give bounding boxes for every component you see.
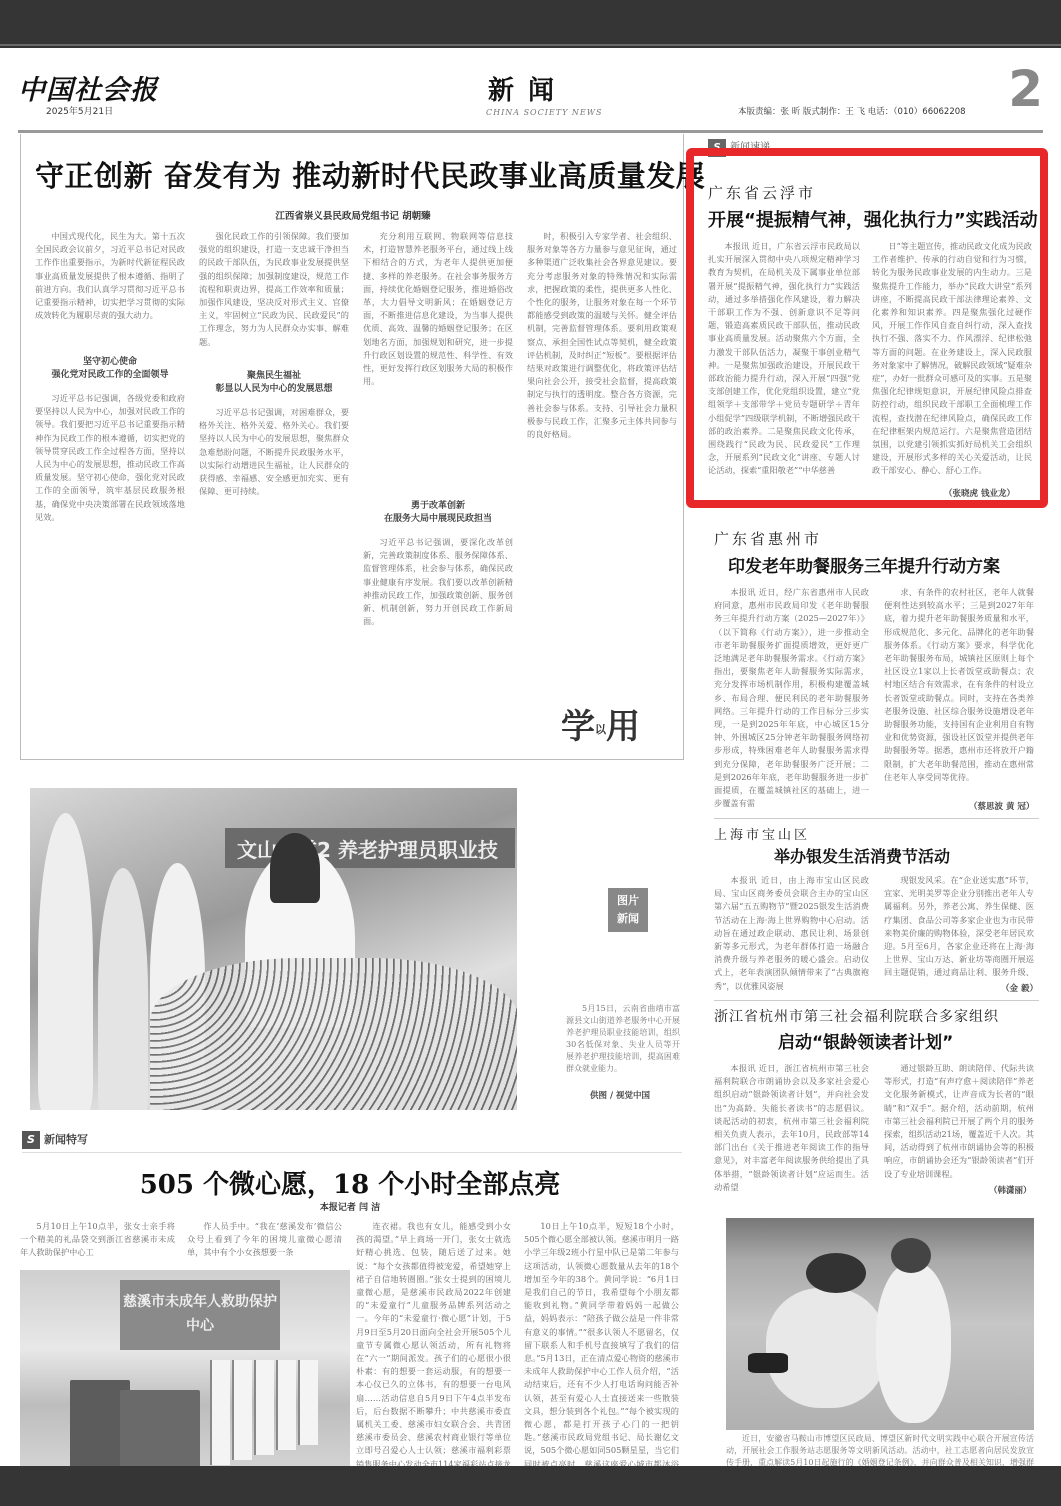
story2-text-col2: 求、有条件的农村社区，老年人就餐便利性达到较高水平；三是到2027年年底，着力提…: [884, 586, 1034, 796]
feature-tag: S新闻特写: [22, 1131, 88, 1149]
section-title: 新闻: [488, 70, 568, 107]
story2-credit: （蔡思波 黄 冠）: [969, 800, 1034, 812]
lead-body-text: 习近平总书记强调，各级党委和政府要坚持以人民为中心，加强对民政工作的领导。我们要…: [35, 392, 185, 752]
lead-byline: 江西省崇义县民政局党组书记 胡朝臻: [21, 208, 685, 222]
divider: [714, 1000, 1039, 1001]
section-subtitle-en: CHINA SOCIETY NEWS: [486, 108, 602, 117]
lead-body-text: 习近平总书记强调，要深化改革创新，完善政策制度体系、服务保障体系、监督管理体系，…: [363, 536, 513, 756]
story1-text-col1: 本报讯 近日，广东省云浮市民政局以扎实开展深入贯彻中央八项规定精神学习教育为契机…: [708, 240, 860, 500]
masthead-rule: [18, 130, 1043, 133]
lead-subhead-3b: 在服务大局中展现民政担当: [363, 513, 513, 526]
masthead: 中国社会报 2025年5月21日 新闻 CHINA SOCIETY NEWS 本…: [18, 68, 1043, 128]
feature-text-col3: 连衣裙。我也有女儿，能感受到小女孩的渴望。”早上商场一开门，张女士就选好精心挑选…: [356, 1220, 511, 1466]
right-photo-caption: 近日，安徽省马鞍山市博望区民政局、博望区新时代文明实践中心联合开展宣传活动，开展…: [726, 1433, 1034, 1466]
lead-column-2: 强化民政工作的引领保障。我们要加强党的组织建设，打造一支忠诚干净担当的民政干部队…: [199, 230, 349, 756]
story4-text-col1: 本报讯 近日，浙江省杭州市第三社会福利院联合市朗诵协会以及多家社会爱心组织启动“…: [714, 1062, 869, 1192]
newspaper-logo: 中国社会报: [18, 68, 158, 107]
story2-kicker: 广东省惠州市: [714, 528, 822, 549]
study-and-apply-logo: 学以用: [561, 699, 640, 748]
lead-headline: 守正创新 奋发有为 推动新时代民政事业高质量发展: [35, 154, 705, 195]
photo-news-image[interactable]: 文山街道2 养老护理员职业技: [30, 788, 517, 1110]
viewer-top-bar: [0, 0, 1061, 46]
lead-column-3: 充分利用互联网、物联网等信息技术，打造智慧养老服务平台，通过线上线下相结合的方式…: [363, 230, 513, 756]
lead-subhead-1a: 坚守初心使命: [35, 356, 185, 369]
feature-text-col1: 5月10日上午10点半，张女士亲手将一个精美的礼品袋交到浙江省慈溪市未成年人救助…: [20, 1220, 175, 1260]
story3-kicker: 上海市宝山区: [714, 824, 810, 843]
story2-text-col1: 本报讯 近日，经广东省惠州市人民政府同意，惠州市民政局印发《老年助餐服务三年提升…: [714, 586, 869, 811]
photo-news-caption: 5月15日，云南省曲靖市富源县文山街道养老服务中心开展养老护理员职业技能培训，组…: [566, 1003, 680, 1075]
editor-credits: 本版责编：张 昕 版式制作：王 飞 电话：（010）66062208: [738, 105, 966, 117]
feature-text-col2: 作人员手中。“我在‘慈溪发布’微信公众号上看到了今年的困境儿童微心愿清单，其中有…: [187, 1220, 342, 1260]
feature-headline: 505 个微心愿，18 个小时全部点亮: [0, 1164, 700, 1201]
lead-intro-text: 中国式现代化，民生为大。第十五次全国民政会议前夕，习近平总书记对民政工作作出重要…: [35, 230, 185, 338]
issue-date: 2025年5月21日: [46, 104, 113, 117]
lead-subhead-2a: 聚焦民生福祉: [199, 370, 349, 383]
feature-byline: 本报记者 闫 洁: [0, 1200, 700, 1213]
picture-news-badge: 图片 新闻: [608, 888, 648, 932]
newspaper-page: 中国社会报 2025年5月21日 新闻 CHINA SOCIETY NEWS 本…: [0, 48, 1061, 1466]
story4-text-col2: 通过银龄互助、朗读陪伴、代际共读等形式，打造“有声疗愈＋阅读陪伴”养老文化服务新…: [884, 1062, 1034, 1180]
divider: [714, 818, 1039, 819]
lead-subhead-3a: 勇于改革创新: [363, 500, 513, 513]
lead-column-4: 时，积极引入专家学者、社会组织、服务对象等各方力量参与意见征询，通过多种渠道广泛…: [527, 230, 677, 650]
divider: [22, 1152, 682, 1153]
section-s-icon: S: [22, 1131, 40, 1149]
story2-headline: 印发老年助餐服务三年提升行动方案: [728, 552, 1000, 577]
story1-credit: （张晓虎 钱业龙）: [944, 487, 1015, 499]
photo-blanket: [150, 958, 517, 1110]
photo-banner-text: 文山街道2 养老护理员职业技: [225, 828, 515, 868]
story1-text-col2: 日”等主题宣传，推动民政文化成为民政工作者维护、传承的行动自觉和行为习惯，转化为…: [872, 240, 1032, 487]
photo-news-credit: 供图 / 视觉中国: [590, 1089, 650, 1101]
lead-column-1: 中国式现代化，民生为大。第十五次全国民政会议前夕，习近平总书记对民政工作作出重要…: [35, 230, 185, 752]
story3-credit: （金 毅）: [1001, 982, 1038, 994]
photo-wall-sign: 慈溪市未成年人救助保护中心: [120, 1280, 280, 1350]
lead-subhead-1b: 强化党对民政工作的全面领导: [35, 369, 185, 382]
lead-body-text: 强化民政工作的引领保障。我们要加强党的组织建设，打造一支忠诚干净担当的民政干部队…: [199, 230, 349, 350]
feature-photo[interactable]: 慈溪市未成年人救助保护中心 一个个爱心礼物被拆包分装在礼品袋中。 闫 洁 摄: [20, 1270, 350, 1466]
story3-text-col2: 现银发风采。在“企业送实惠”环节，宜家、光明美罗等企业分别推出老年人专属福利。另…: [884, 874, 1034, 982]
lead-body-text: 充分利用互联网、物联网等信息技术，打造智慧养老服务平台，通过线上线下相结合的方式…: [363, 230, 513, 480]
highlighted-story-box[interactable]: 广东省云浮市 开展“提振精气神，强化执行力”实践活动 本报讯 近日，广东省云浮市…: [686, 148, 1048, 508]
viewer-bottom-bar: [0, 1466, 1061, 1506]
story4-credit: （韩潇丽）: [989, 1184, 1032, 1196]
lead-body-text: 习近平总书记强调，对困难群众，要格外关注、格外关爱、格外关心。我们要坚持以人民为…: [199, 406, 349, 756]
story4-kicker: 浙江省杭州市第三社会福利院联合多家组织: [714, 1006, 999, 1026]
lead-body-text: 时，积极引入专家学者、社会组织、服务对象等各方力量参与意见征询，通过多种渠道广泛…: [527, 230, 677, 650]
story4-headline: 启动“银龄领读者计划”: [778, 1028, 953, 1053]
page-number: 2: [1008, 64, 1043, 114]
story1-headline: 开展“提振精气神，强化执行力”实践活动: [708, 206, 1038, 232]
story1-kicker: 广东省云浮市: [708, 182, 816, 203]
lead-subhead-2b: 彰显以人民为中心的发展思想: [199, 383, 349, 396]
story3-headline: 举办银发生活消费节活动: [774, 844, 950, 867]
story3-text-col1: 本报讯 近日，由上海市宝山区民政局、宝山区商务委员会联合主办的宝山区第六届“五五…: [714, 874, 869, 994]
right-bottom-photo[interactable]: [726, 1218, 1034, 1430]
lead-article: 守正创新 奋发有为 推动新时代民政事业高质量发展 江西省崇义县民政局党组书记 胡…: [20, 134, 684, 760]
feature-text-col4: 10日上午10点半，短短18个小时，505个微心愿全部被认领。慈溪市明月一路小学…: [524, 1220, 679, 1466]
